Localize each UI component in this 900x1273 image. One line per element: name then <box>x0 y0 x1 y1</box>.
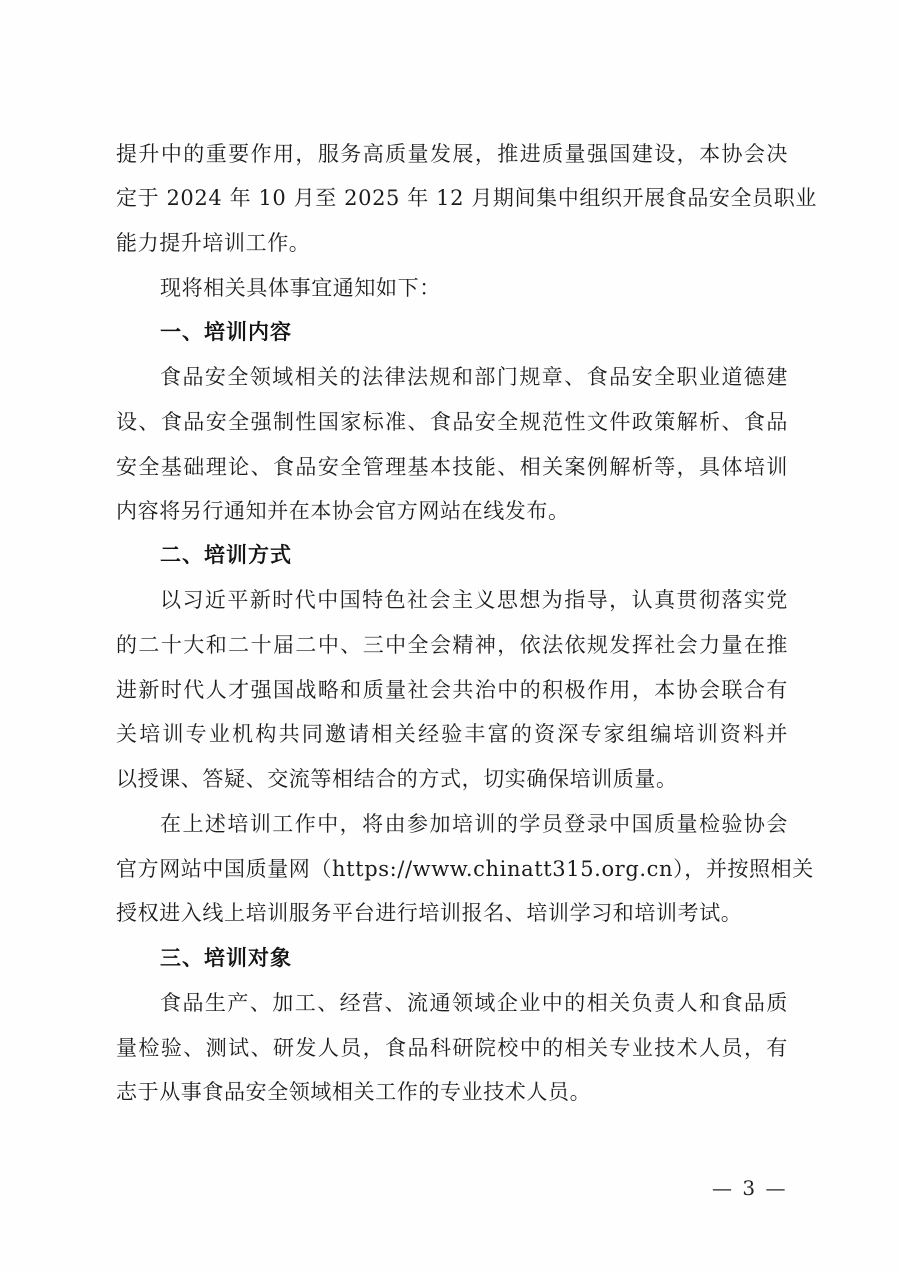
section-2-p1-line-2: 的二十大和二十届二中、三中全会精神，依法依规发挥社会力量在推 <box>116 631 788 659</box>
intro-line-1: 提升中的重要作用，服务高质量发展，推进质量强国建设，本协会决 <box>116 140 788 168</box>
section-1-line-4: 内容将另行通知并在本协会官方网站在线发布。 <box>116 497 788 525</box>
section-2-p1-line-1: 以习近平新时代中国特色社会主义思想为指导，认真贯彻落实党 <box>160 586 788 614</box>
section-3-heading: 三、培训对象 <box>160 944 292 972</box>
section-2-p1-line-3: 进新时代人才强国战略和质量社会共治中的积极作用，本协会联合有 <box>116 676 788 704</box>
section-1-heading: 一、培训内容 <box>160 318 292 346</box>
notice-line: 现将相关具体事宜通知如下： <box>160 274 788 302</box>
page-number: — 3 — <box>712 1176 787 1200</box>
document-page: 提升中的重要作用，服务高质量发展，推进质量强国建设，本协会决 定于 2024 年… <box>0 0 900 1273</box>
section-3-line-3: 志于从事食品安全领域相关工作的专业技术人员。 <box>116 1078 788 1106</box>
section-1-line-2: 设、食品安全强制性国家标准、食品安全规范性文件政策解析、食品 <box>116 408 788 436</box>
section-2-p1-line-4: 关培训专业机构共同邀请相关经验丰富的资深专家组编培训资料并 <box>116 720 788 748</box>
intro-line-3: 能力提升培训工作。 <box>116 229 788 257</box>
section-2-p2-line-1: 在上述培训工作中，将由参加培训的学员登录中国质量检验协会 <box>160 810 788 838</box>
intro-line-2: 定于 2024 年 10 月至 2025 年 12 月期间集中组织开展食品安全员… <box>116 184 788 212</box>
section-2-p2-line-3: 授权进入线上培训服务平台进行培训报名、培训学习和培训考试。 <box>116 899 788 927</box>
section-3-line-1: 食品生产、加工、经营、流通领域企业中的相关负责人和食品质 <box>160 989 788 1017</box>
section-1-line-1: 食品安全领域相关的法律法规和部门规章、食品安全职业道德建 <box>160 363 788 391</box>
section-1-line-3: 安全基础理论、食品安全管理基本技能、相关案例解析等，具体培训 <box>116 453 788 481</box>
section-2-heading: 二、培训方式 <box>160 541 292 569</box>
section-3-line-2: 量检验、测试、研发人员，食品科研院校中的相关专业技术人员，有 <box>116 1034 788 1062</box>
section-2-p1-line-5: 以授课、答疑、交流等相结合的方式，切实确保培训质量。 <box>116 765 788 793</box>
section-2-p2-line-2: 官方网站中国质量网（https://www.chinatt315.org.cn）… <box>116 855 788 883</box>
